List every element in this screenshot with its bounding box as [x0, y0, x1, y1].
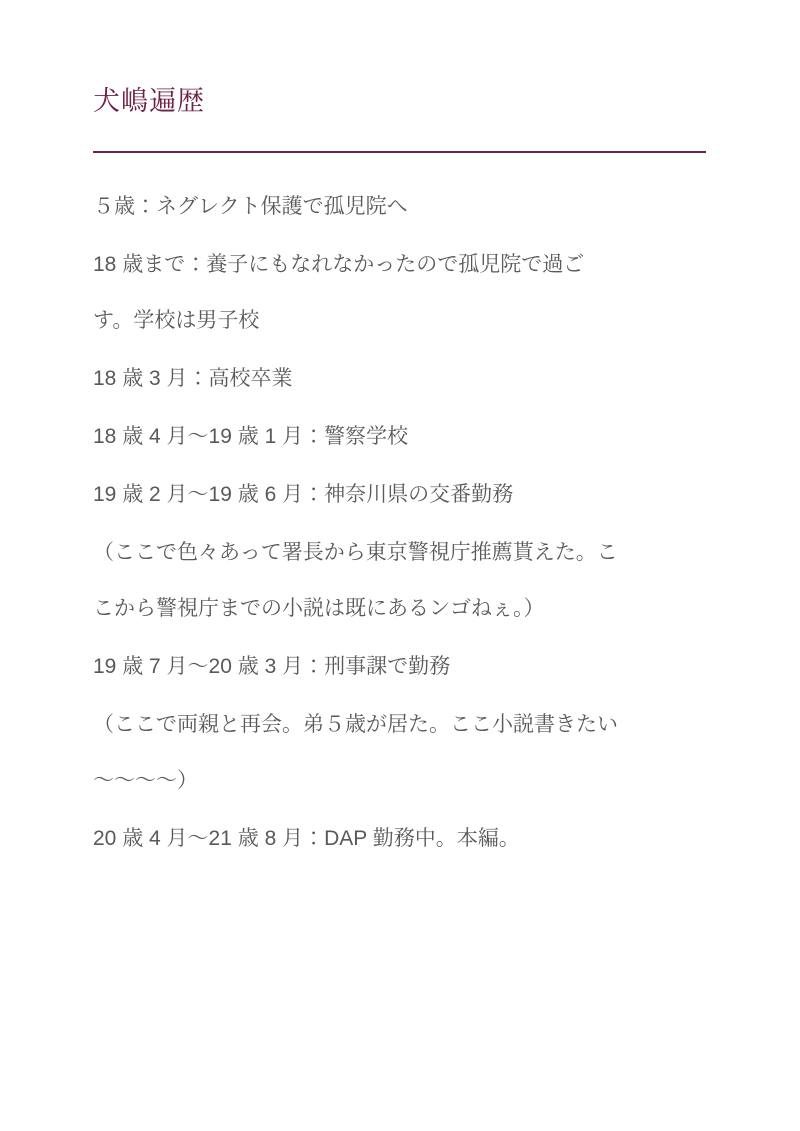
- timeline-paragraph: （ここで両親と再会。弟５歳が居た。ここ小説書きたい ～～～～）: [93, 697, 706, 809]
- timeline-paragraph: 18 歳 4 月～19 歳 1 月：警察学校: [93, 409, 706, 465]
- document-page: 犬嶋遍歴 ５歳：ネグレクト保護で孤児院へ 18 歳まで：養子にもなれなかったので…: [0, 0, 800, 1131]
- timeline-paragraph: 18 歳まで：養子にもなれなかったので孤児院で過ご す。学校は男子校: [93, 237, 706, 349]
- timeline-paragraph: ５歳：ネグレクト保護で孤児院へ: [93, 179, 706, 235]
- timeline: ５歳：ネグレクト保護で孤児院へ 18 歳まで：養子にもなれなかったので孤児院で過…: [93, 179, 706, 867]
- page-title: 犬嶋遍歴: [93, 84, 706, 118]
- timeline-paragraph: （ここで色々あって署長から東京警視庁推薦貰えた。こ こから警視庁までの小説は既に…: [93, 525, 706, 637]
- timeline-paragraph: 18 歳 3 月：高校卒業: [93, 351, 706, 407]
- timeline-paragraph: 20 歳 4 月～21 歳 8 月：DAP 勤務中。本編。: [93, 811, 706, 867]
- timeline-paragraph: 19 歳 7 月～20 歳 3 月：刑事課で勤務: [93, 639, 706, 695]
- timeline-paragraph: 19 歳 2 月～19 歳 6 月：神奈川県の交番勤務: [93, 467, 706, 523]
- title-divider: [93, 151, 706, 153]
